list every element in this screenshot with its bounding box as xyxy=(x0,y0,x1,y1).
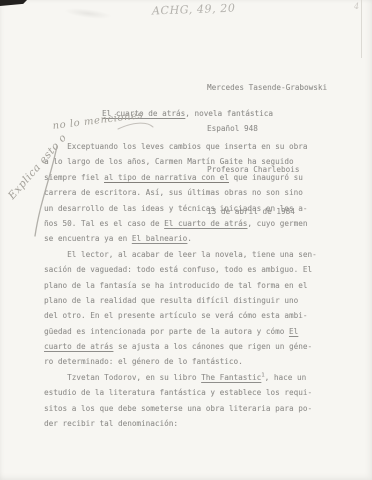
typed-line: plano de la fantasía se ha introducido d… xyxy=(44,278,317,293)
typed-line: se encuentra ya en El balneario. xyxy=(44,231,317,246)
typed-line: carrera de escritora. Así, sus últimas o… xyxy=(44,185,317,200)
handwriting-flourish-stroke xyxy=(118,123,153,129)
essay-body: Exceptuando los leves cambios que insert… xyxy=(44,139,317,431)
typed-line: El lector, al acabar de leer la novela, … xyxy=(44,247,317,262)
typed-text: Tzvetan Todorov, en su libro xyxy=(44,373,201,382)
corner-mark: 4 xyxy=(354,2,360,11)
typed-text: , hace un xyxy=(265,373,307,382)
typed-text: der recibir tal denominación: xyxy=(44,419,178,428)
paper-edge-line xyxy=(361,0,362,58)
typed-text: del otro. En el presente artículo se ver… xyxy=(44,311,307,320)
underlined-text: The Fantastic xyxy=(201,373,261,382)
typed-text: estudio de la literatura fantástica y es… xyxy=(44,388,312,397)
course-name: Español 948 xyxy=(207,122,327,136)
typed-text: plano de la realidad que resulta difícil… xyxy=(44,296,298,305)
student-name: Mercedes Tasende-Grabowski xyxy=(207,81,327,95)
underlined-text: cuarto de atrás xyxy=(44,342,113,351)
typed-line: un desarrollo de las ideas y técnicas in… xyxy=(44,201,317,216)
typed-text: a lo largo de los años, Carmen Martín Ga… xyxy=(44,157,294,166)
underlined-text: El xyxy=(289,327,298,336)
typed-text: que inauguró su xyxy=(229,173,303,182)
typed-text: sitos a los que debe someterse una obra … xyxy=(44,404,312,413)
pencil-catalog-note: ACHG, 49, 20 xyxy=(152,2,236,18)
typed-line: a lo largo de los años, Carmen Martín Ga… xyxy=(44,154,317,169)
typed-text: , novela fantástica xyxy=(185,109,273,118)
underlined-text: El cuarto de atrás xyxy=(164,219,247,228)
typed-text: ños 50. Tal es el caso de xyxy=(44,219,164,228)
typed-line: sación de vaguedad: todo está confuso, t… xyxy=(44,262,317,277)
typed-line: der recibir tal denominación: xyxy=(44,416,317,431)
typed-text: se ajusta a los cánones que rigen un gén… xyxy=(113,342,312,351)
margin-note-above-text: no lo menciones xyxy=(52,110,144,132)
typed-text: sación de vaguedad: todo está confuso, t… xyxy=(44,265,312,274)
pencil-smudge xyxy=(64,6,113,21)
typed-text: plano de la fantasía se ha introducido d… xyxy=(44,281,307,290)
typed-text: un desarrollo de las ideas y técnicas in… xyxy=(44,204,307,213)
scanned-typewritten-page: ACHG, 49, 20 4 Mercedes Tasende-Grabowsk… xyxy=(0,0,372,480)
typed-text: siempre fiel xyxy=(44,173,104,182)
typed-text: , cuyo germen xyxy=(247,219,307,228)
typed-text: El lector, al acabar de leer la novela, … xyxy=(44,250,317,259)
typed-text: . xyxy=(187,234,192,243)
underlined-text: El balneario xyxy=(132,234,187,243)
typed-text: carrera de escritora. Así, sus últimas o… xyxy=(44,188,303,197)
typed-text: güedad es intencionada por parte de la a… xyxy=(44,327,289,336)
typed-line: sitos a los que debe someterse una obra … xyxy=(44,401,317,416)
typed-text: ro determinado: el género de lo fantásti… xyxy=(44,357,243,366)
typed-line: cuarto de atrás se ajusta a los cánones … xyxy=(44,339,317,354)
typed-line: güedad es intencionada por parte de la a… xyxy=(44,324,317,339)
typed-text: Exceptuando los leves cambios que insert… xyxy=(44,142,307,151)
typed-line: siempre fiel al tipo de narrativa con el… xyxy=(44,170,317,185)
typed-line: Tzvetan Todorov, en su libro The Fantast… xyxy=(44,370,317,385)
typed-line: ños 50. Tal es el caso de El cuarto de a… xyxy=(44,216,317,231)
typed-line: del otro. En el presente artículo se ver… xyxy=(44,308,317,323)
typed-text: se encuentra ya en xyxy=(44,234,132,243)
scan-corner-artifact xyxy=(0,0,27,6)
typed-line: ro determinado: el género de lo fantásti… xyxy=(44,354,317,369)
underlined-text: al tipo de narrativa con el xyxy=(104,173,229,184)
typed-line: plano de la realidad que resulta difícil… xyxy=(44,293,317,308)
typed-line: estudio de la literatura fantástica y es… xyxy=(44,385,317,400)
typed-line: Exceptuando los leves cambios que insert… xyxy=(44,139,317,154)
